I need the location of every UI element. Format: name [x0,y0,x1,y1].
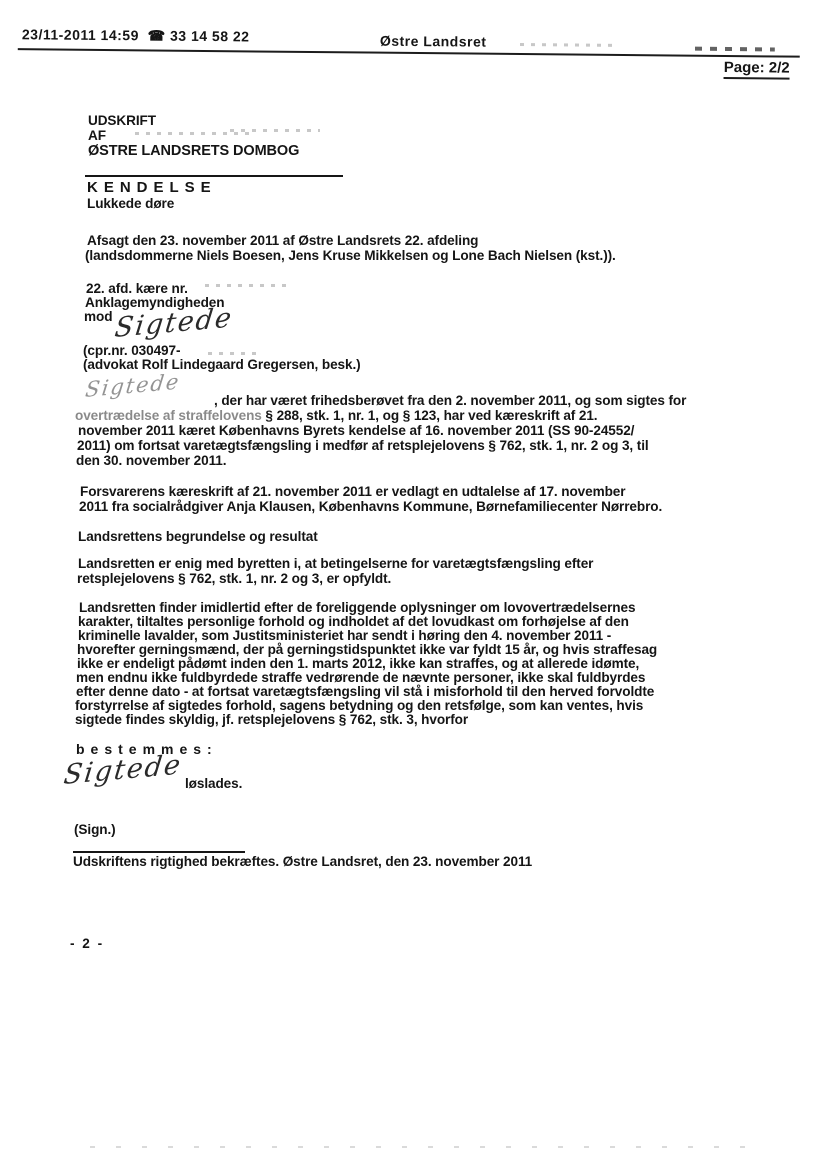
cpr-line: (cpr.nr. 030497- [83,343,180,358]
scanned-court-document-page: 23/11-2011 14:59 ☎ 33 14 58 22 Østre Lan… [0,0,826,1169]
body-paragraph-line: hvorefter gerningsmænd, der på gerningst… [77,642,657,657]
scan-smudge [135,132,250,135]
sign-label: (Sign.) [74,822,116,837]
body-paragraph-line: efter denne dato - at fortsat varetægtsf… [76,684,654,699]
scan-smudge [230,129,320,132]
scan-noise-line [90,1146,750,1148]
body-paragraph-line: retsplejelovens § 762, stk. 1, nr. 2 og … [77,571,391,586]
heading-overline [85,175,343,177]
body-paragraph-line: november 2011 kæret Københavns Byrets ke… [78,423,634,438]
fax-sender: Østre Landsret [380,33,487,50]
certification-line: Udskriftens rigtighed bekræftes. Østre L… [73,854,532,869]
verdict-text: løslades. [185,776,242,791]
body-paragraph-line: men endnu ikke fuldbyrdede straffe vedrø… [76,670,645,685]
body-paragraph-line: Landsretten finder imidlertid efter de f… [79,600,635,615]
scan-smudge [695,47,775,52]
scan-smudge [208,352,258,355]
case-reference: 22. afd. kære nr. [86,281,188,296]
ruling-heading: KENDELSE [87,180,217,195]
fax-header: 23/11-2011 14:59 ☎ 33 14 58 22 Østre Lan… [0,26,800,34]
title-line-3: ØSTRE LANDSRETS DOMBOG [88,144,299,159]
scan-artifact-overline [73,851,245,853]
body-paragraph-line: ikke er endeligt pådømt inden den 1. mar… [77,656,639,671]
handwritten-defendant-name: Sigtede [113,313,232,344]
title-line-1: UDSKRIFT [88,113,156,128]
title-line-2: AF [88,128,106,143]
intro-line: (landsdommerne Niels Boesen, Jens Kruse … [85,248,616,263]
counsel-line: (advokat Rolf Lindegaard Gregersen, besk… [83,357,361,372]
body-paragraph-line: 2011) om fortsat varetægtsfængsling i me… [77,438,649,453]
body-paragraph-line: 2011 fra socialrådgiver Anja Klausen, Kø… [79,499,662,514]
ruling-subheading: Lukkede døre [87,196,174,211]
handwritten-signature-sigtede: Sigtede [62,760,181,791]
versus-label: mod [84,309,112,324]
fax-timestamp: 23/11-2011 14:59 [22,26,139,43]
body-paragraph-line: karakter, tiltaltes personlige forhold o… [78,614,629,629]
body-paragraph-line: Forsvarerens kæreskrift af 21. november … [80,484,625,499]
fax-header-rule [18,48,800,58]
body-paragraph-line: sigtede findes skyldig, jf. retsplejelov… [75,712,468,727]
handwritten-sigtede-inline: Sigtede [84,378,179,402]
scan-smudge [520,43,615,47]
phone-icon: ☎ [148,27,166,43]
body-paragraph-line: overtrædelse af straffelovens § 288, stk… [75,408,598,423]
fax-page-label: Page: 2/2 [724,59,790,80]
fax-timestamp-line: 23/11-2011 14:59 ☎ 33 14 58 22 [22,26,250,45]
body-paragraph-line: kriminelle lavalder, som Justitsminister… [78,628,611,643]
intro-line: Afsagt den 23. november 2011 af Østre La… [87,233,478,248]
body-paragraph-line: forstyrrelse af sigtedes forhold, sagens… [75,698,643,713]
body-paragraph-line: Landsretten er enig med byretten i, at b… [78,556,593,571]
faded-text: overtrædelse af straffelovens [75,408,262,423]
scan-smudge [205,284,290,287]
section-heading: Landsrettens begrundelse og resultat [78,529,318,544]
body-paragraph-line: , der har været frihedsberøvet fra den 2… [214,393,686,408]
fax-phone-number: 33 14 58 22 [170,28,250,45]
body-paragraph-line: den 30. november 2011. [76,453,226,468]
page-number: - 2 - [70,936,104,951]
